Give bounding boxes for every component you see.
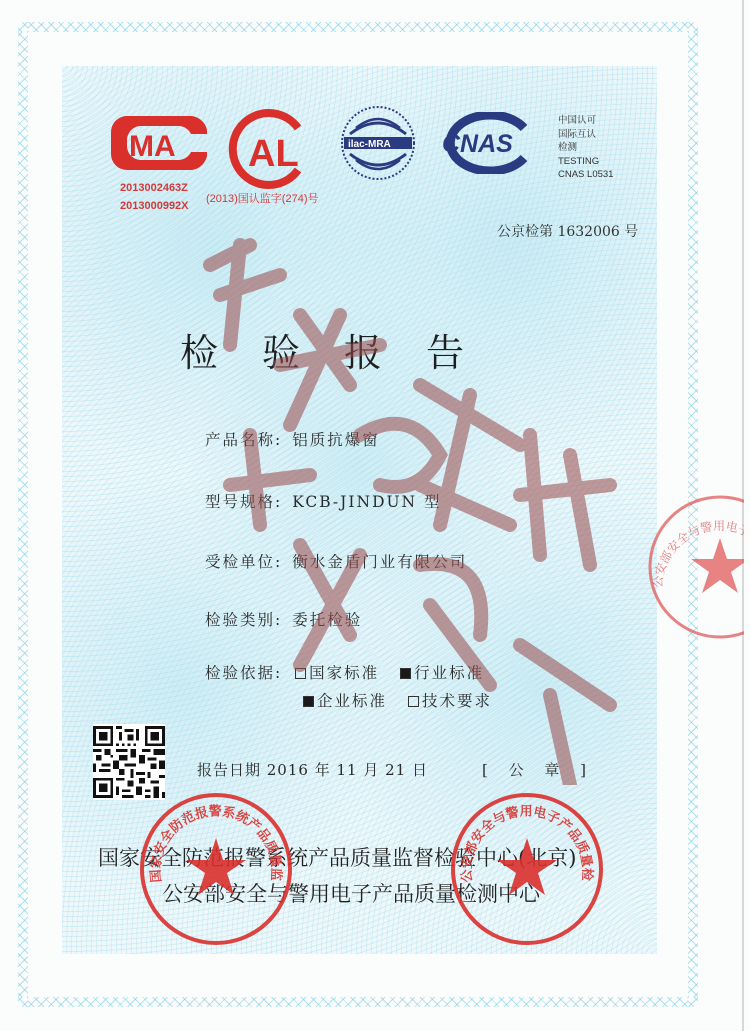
issuer-name: 国家安全防范报警系统产品质量监督检验中心(北京) xyxy=(98,842,576,872)
report-number: 公京检第 1632006 号 xyxy=(497,221,638,241)
svg-text:AL: AL xyxy=(248,133,299,175)
cal-license-number: (2013)国认监字(274)号 xyxy=(206,190,318,206)
cma-number: 2013002463Z xyxy=(120,182,188,194)
ilac-mra-logo-icon: ilac-MRA xyxy=(340,104,416,182)
inspection-basis-label: 检验依据: xyxy=(205,664,282,682)
checkbox-icon xyxy=(408,696,419,707)
basis-option-technical-requirements: 技术要求 xyxy=(408,689,492,711)
issuer-name: 公安部安全与警用电子产品质量检测中心 xyxy=(162,878,540,908)
field-product-name: 产品名称:铝质抗爆窗 xyxy=(205,428,380,450)
checkbox-icon xyxy=(400,668,411,679)
cnas-logo-icon: CNAS xyxy=(436,112,540,174)
scan-edge xyxy=(742,0,744,1031)
field-value: 委托检验 xyxy=(292,611,362,629)
basis-option-label: 国家标准 xyxy=(309,664,379,682)
basis-option-label: 技术要求 xyxy=(422,692,492,710)
cal-logo-icon: AL xyxy=(228,108,312,190)
field-inspected-unit: 受检单位:衡水金盾门业有限公司 xyxy=(205,550,467,572)
checkbox-icon xyxy=(295,668,306,679)
qr-code-icon xyxy=(93,724,165,800)
field-label: 产品名称: xyxy=(205,431,282,449)
svg-text:CNAS: CNAS xyxy=(442,130,513,158)
inspection-basis-row: 检验依据: 国家标准 行业标准 xyxy=(205,661,498,683)
field-inspection-type: 检验类别:委托检验 xyxy=(205,608,362,630)
field-value: 铝质抗爆窗 xyxy=(292,431,380,449)
basis-option-enterprise-standard: 企业标准 xyxy=(303,689,387,711)
svg-text:MA: MA xyxy=(129,130,176,163)
basis-option-label: 企业标准 xyxy=(317,692,387,710)
certificate-page: MA AL ilac-MRA CNAS 2013002463Z 20130009… xyxy=(0,0,750,1031)
cnas-info-line: 中国认可 xyxy=(558,114,613,128)
cnas-info-line: 检测 xyxy=(558,141,613,155)
checkbox-icon xyxy=(303,696,314,707)
cma-logo-icon: MA xyxy=(107,112,212,174)
cnas-info-line: 国际互认 xyxy=(558,128,613,142)
field-model-spec: 型号规格:KCB-JINDUN 型 xyxy=(205,490,442,512)
cnas-accreditation-info: 中国认可 国际互认 检测 TESTING CNAS L0531 xyxy=(558,114,613,182)
field-value: 衡水金盾门业有限公司 xyxy=(292,553,467,571)
document-title: 检验报告 xyxy=(180,322,508,377)
field-value: KCB-JINDUN 型 xyxy=(292,493,441,511)
field-label: 型号规格: xyxy=(205,493,282,511)
field-label: 检验类别: xyxy=(205,611,282,629)
svg-text:ilac-MRA: ilac-MRA xyxy=(348,139,391,150)
field-label: 受检单位: xyxy=(205,553,282,571)
basis-option-label: 行业标准 xyxy=(414,664,484,682)
basis-option-industry-standard: 行业标准 xyxy=(400,661,484,683)
official-seal-label: [ 公 章 ] xyxy=(482,759,594,780)
cma-number: 2013000992X xyxy=(120,200,189,212)
cnas-info-line: CNAS L0531 xyxy=(558,168,613,182)
inspection-basis-row: 企业标准 技术要求 xyxy=(303,689,506,711)
cnas-info-line: TESTING xyxy=(558,155,613,169)
basis-option-national-standard: 国家标准 xyxy=(295,661,379,683)
report-date: 报告日期 2016 年 11 月 21 日 xyxy=(197,759,428,780)
